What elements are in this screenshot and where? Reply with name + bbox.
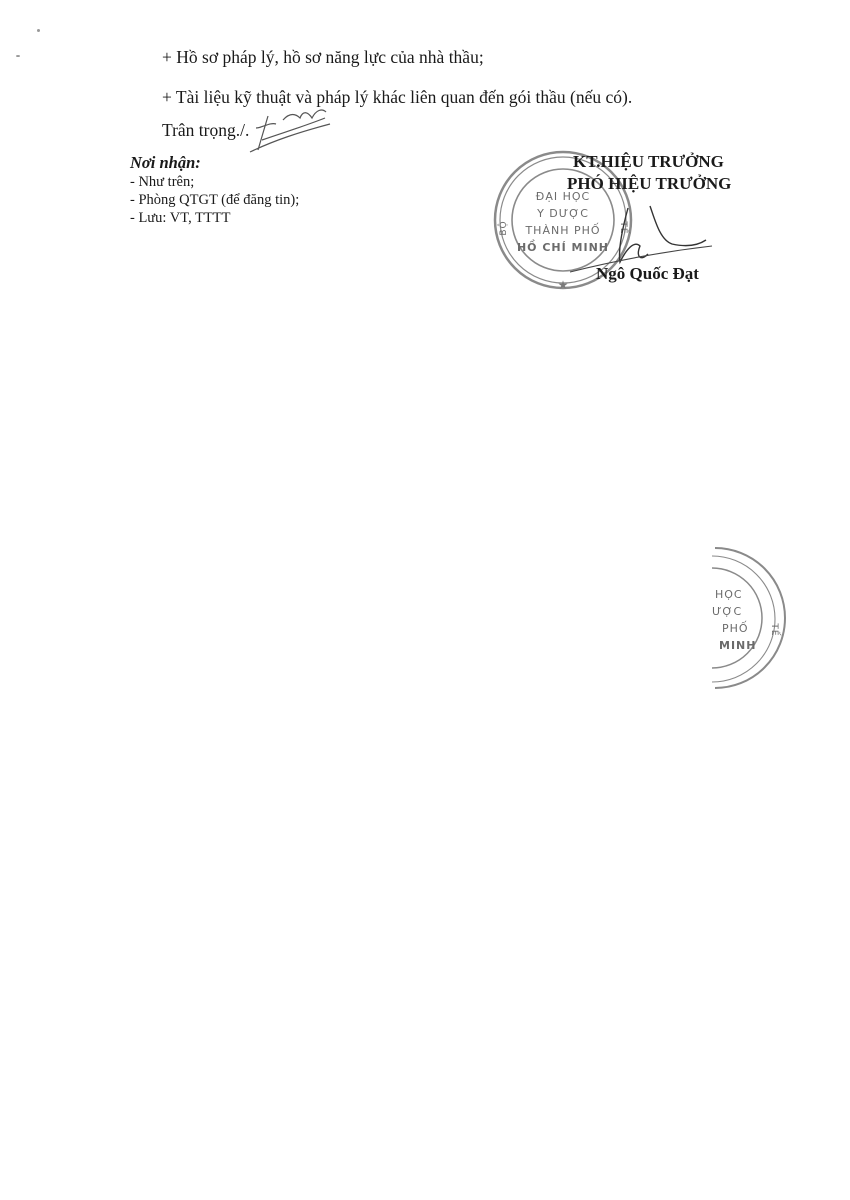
svg-text:TẾ: TẾ xyxy=(769,622,781,636)
body-line-technical-docs: + Tài liệu kỹ thuật và pháp lý khác liên… xyxy=(162,87,632,108)
recipients-title: Nơi nhận: xyxy=(130,153,201,173)
svg-text:ƯỢC: ƯỢC xyxy=(712,605,742,618)
body-line-legal-docs: + Hồ sơ pháp lý, hồ sơ năng lực của nhà … xyxy=(162,47,484,68)
svg-text:BỘ: BỘ xyxy=(497,220,509,235)
svg-text:MINH: MINH xyxy=(719,639,756,652)
svg-text:HỒ CHÍ MINH: HỒ CHÍ MINH xyxy=(517,239,609,254)
scan-speck xyxy=(16,55,20,57)
svg-text:THÀNH PHỐ: THÀNH PHỐ xyxy=(524,223,600,237)
recipient-item: - Phòng QTGT (để đăng tin); xyxy=(130,192,299,209)
scan-speck xyxy=(37,29,40,32)
closing-regards: Trân trọng./. xyxy=(162,120,249,141)
svg-text:PHỐ: PHỐ xyxy=(722,621,749,635)
svg-text:TẾ: TẾ xyxy=(618,220,630,234)
svg-text:Y DƯỢC: Y DƯỢC xyxy=(536,207,589,220)
svg-text:HỌC: HỌC xyxy=(715,588,743,601)
signatory-name: Ngô Quốc Đạt xyxy=(596,264,699,284)
signature-title-line2: PHÓ HIỆU TRƯỞNG xyxy=(567,174,731,194)
recipient-item: - Như trên; xyxy=(130,174,194,191)
star-icon: ★ xyxy=(558,278,569,292)
recipient-item: - Lưu: VT, TTTT xyxy=(130,210,230,227)
signature-title-line1: KT.HIỆU TRƯỞNG xyxy=(573,152,724,172)
